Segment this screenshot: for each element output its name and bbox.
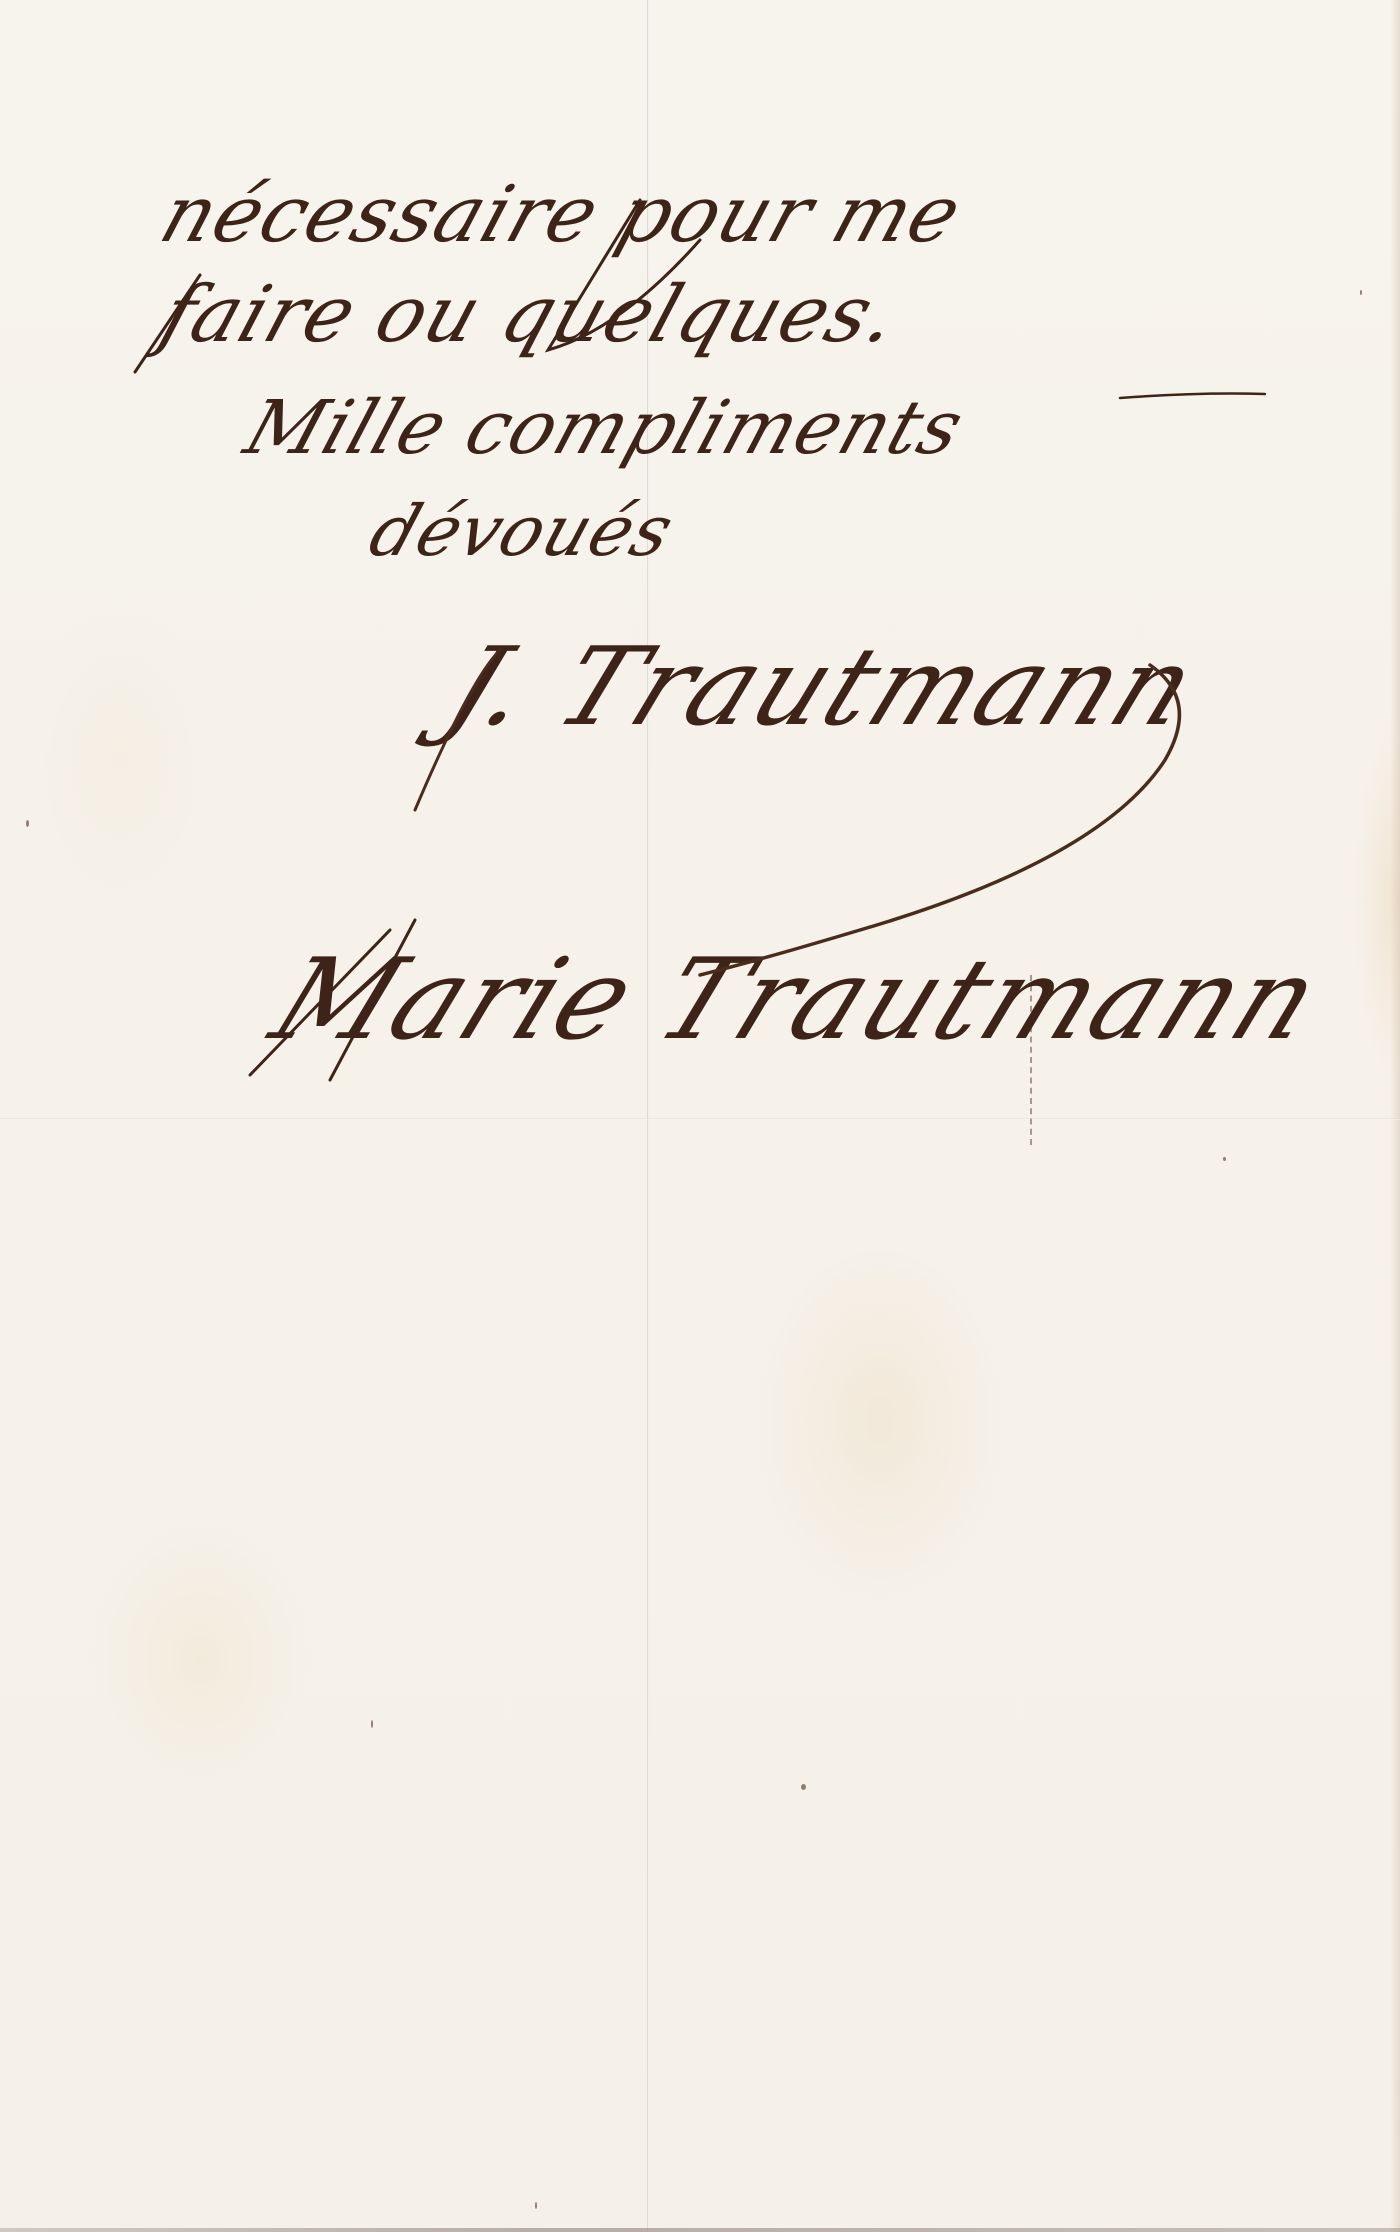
paper-speck xyxy=(1360,290,1362,295)
paper-speck xyxy=(371,1720,373,1728)
paper-speck xyxy=(1223,1157,1226,1161)
letter-closing-word: dévoués xyxy=(360,490,684,572)
paper-speck xyxy=(535,2202,537,2209)
horizontal-fold-crease xyxy=(0,1118,1400,1120)
signature-2: Marie Trautmann xyxy=(255,935,1340,1065)
paper-speck xyxy=(26,820,29,827)
letter-page: nécessaire pour me faire ou quelques. Mi… xyxy=(0,0,1400,2232)
letter-closing-line: Mille compliments xyxy=(235,385,974,471)
paper-edge-shadow xyxy=(1390,0,1400,2232)
letter-line-2: faire ou quelques. xyxy=(150,270,910,360)
paper-speck xyxy=(801,1784,806,1790)
signature-1: J. Trautmann xyxy=(430,625,1215,750)
letter-line-1: nécessaire pour me xyxy=(150,170,973,260)
